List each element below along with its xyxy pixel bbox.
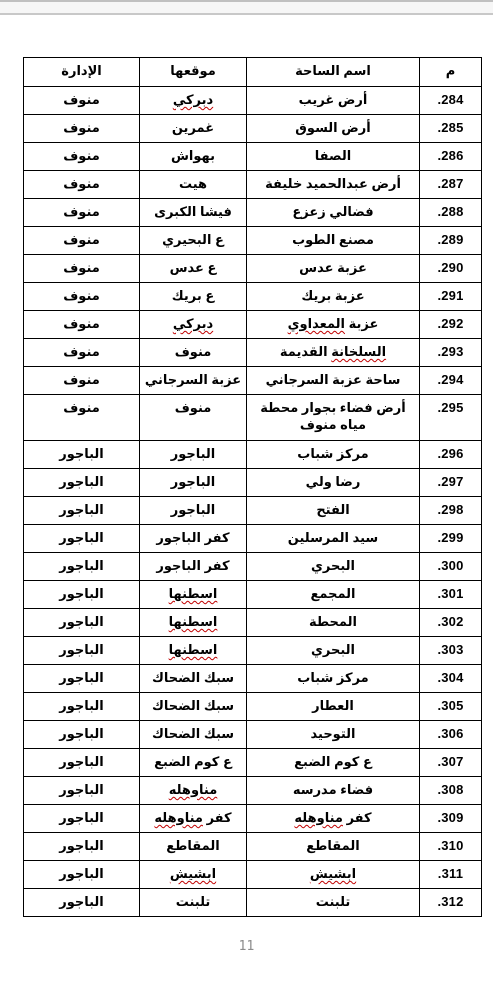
cell-admin: الباجور: [24, 581, 140, 609]
table-row: .301المجمعاسطنهاالباجور: [24, 581, 482, 609]
misspelled-word: اسطنها: [169, 642, 218, 657]
table-row: .286الصفابهواشمنوف: [24, 143, 482, 171]
cell-num: .292: [420, 311, 482, 339]
cell-num: .309: [420, 805, 482, 833]
cell-num: .293: [420, 339, 482, 367]
cell-location: اسطنها: [140, 581, 247, 609]
cell-location: هيت: [140, 171, 247, 199]
cell-name: التوحيد: [247, 721, 420, 749]
cell-location: ع عدس: [140, 255, 247, 283]
cell-num: .303: [420, 637, 482, 665]
cell-num: .298: [420, 497, 482, 525]
cell-admin: الباجور: [24, 777, 140, 805]
table-row: .304مركز شبابسبك الضحاكالباجور: [24, 665, 482, 693]
table-row: .311ابشيشابشيشالباجور: [24, 861, 482, 889]
misspelled-word: اسطنها: [169, 614, 218, 629]
table-row: .305العطارسبك الضحاكالباجور: [24, 693, 482, 721]
cell-location: كفر الباجور: [140, 525, 247, 553]
cell-name: عزبة المعداوي: [247, 311, 420, 339]
cell-num: .289: [420, 227, 482, 255]
cell-name: العطار: [247, 693, 420, 721]
cell-name: سيد المرسلين: [247, 525, 420, 553]
cell-name: أرض السوق: [247, 115, 420, 143]
header-location: موقعها: [140, 58, 247, 87]
table-row: .306التوحيدسبك الضحاكالباجور: [24, 721, 482, 749]
cell-location: منوف: [140, 339, 247, 367]
table-row: .298الفتحالباجورالباجور: [24, 497, 482, 525]
app-chrome-strip: [0, 0, 493, 15]
cell-num: .295: [420, 395, 482, 441]
cell-name: ابشيش: [247, 861, 420, 889]
cell-name: أرض فضاء بجوار محطة مياه منوف: [247, 395, 420, 441]
cell-name: عزبة عدس: [247, 255, 420, 283]
cell-location: كفر مناوهله: [140, 805, 247, 833]
misspelled-word: دبركي: [173, 316, 213, 331]
cell-admin: الباجور: [24, 637, 140, 665]
cell-name: رضا ولي: [247, 469, 420, 497]
cell-admin: الباجور: [24, 441, 140, 469]
cell-num: .305: [420, 693, 482, 721]
header-admin: الإدارة: [24, 58, 140, 87]
header-num: م: [420, 58, 482, 87]
squares-table: م اسم الساحة موقعها الإدارة .284أرض غريب…: [23, 57, 482, 917]
table-row: .288فضالي زعزعفيشا الكبرىمنوف: [24, 199, 482, 227]
table-row: .300البحريكفر الباجورالباجور: [24, 553, 482, 581]
cell-admin: منوف: [24, 255, 140, 283]
cell-admin: الباجور: [24, 497, 140, 525]
cell-admin: منوف: [24, 115, 140, 143]
table-row: .289مصنع الطوبع البحيريمنوف: [24, 227, 482, 255]
cell-num: .310: [420, 833, 482, 861]
cell-num: .311: [420, 861, 482, 889]
cell-num: .301: [420, 581, 482, 609]
cell-num: .286: [420, 143, 482, 171]
table-row: .296مركز شبابالباجورالباجور: [24, 441, 482, 469]
cell-name: مركز شباب: [247, 441, 420, 469]
cell-location: سبك الضحاك: [140, 721, 247, 749]
cell-location: ابشيش: [140, 861, 247, 889]
cell-admin: منوف: [24, 171, 140, 199]
table-row: .294ساحة عزبة السرجانيعزبة السرجانيمنوف: [24, 367, 482, 395]
cell-num: .284: [420, 87, 482, 115]
cell-name: المحطة: [247, 609, 420, 637]
cell-name: البحري: [247, 553, 420, 581]
cell-num: .308: [420, 777, 482, 805]
table-row: .307ع كوم الضبعع كوم الضبعالباجور: [24, 749, 482, 777]
cell-name: مركز شباب: [247, 665, 420, 693]
table-row: .297رضا وليالباجورالباجور: [24, 469, 482, 497]
cell-location: دبركي: [140, 311, 247, 339]
cell-location: المقاطع: [140, 833, 247, 861]
cell-admin: منوف: [24, 339, 140, 367]
table-row: .312تلبنتتلبنتالباجور: [24, 889, 482, 917]
cell-admin: منوف: [24, 199, 140, 227]
cell-num: .294: [420, 367, 482, 395]
table-row: .287أرض عبدالحميد خليفةهيتمنوف: [24, 171, 482, 199]
cell-num: .300: [420, 553, 482, 581]
cell-name: تلبنت: [247, 889, 420, 917]
cell-num: .290: [420, 255, 482, 283]
cell-num: .297: [420, 469, 482, 497]
cell-admin: منوف: [24, 311, 140, 339]
misspelled-word: دبركي: [173, 92, 213, 107]
cell-num: .288: [420, 199, 482, 227]
table-row: .291عزبة بريكع بريكمنوف: [24, 283, 482, 311]
cell-admin: الباجور: [24, 861, 140, 889]
misspelled-word: المعداوي: [288, 316, 345, 331]
table-row: .309كفر مناوهلهكفر مناوهلهالباجور: [24, 805, 482, 833]
cell-name: ع كوم الضبع: [247, 749, 420, 777]
cell-location: ع البحيري: [140, 227, 247, 255]
cell-admin: الباجور: [24, 609, 140, 637]
cell-location: كفر الباجور: [140, 553, 247, 581]
cell-name: مصنع الطوب: [247, 227, 420, 255]
cell-location: تلبنت: [140, 889, 247, 917]
cell-name: السلخانة القديمة: [247, 339, 420, 367]
cell-location: اسطنها: [140, 609, 247, 637]
cell-admin: الباجور: [24, 553, 140, 581]
misspelled-word: اسطنها: [169, 586, 218, 601]
cell-location: الباجور: [140, 469, 247, 497]
table-row: .285أرض السوقغمرينمنوف: [24, 115, 482, 143]
table-row: .295أرض فضاء بجوار محطة مياه منوفمنوفمنو…: [24, 395, 482, 441]
cell-admin: الباجور: [24, 665, 140, 693]
misspelled-word: مناوهله: [294, 810, 343, 825]
misspelled-word: ابشيش: [310, 866, 356, 881]
cell-location: ع بريك: [140, 283, 247, 311]
document-page: م اسم الساحة موقعها الإدارة .284أرض غريب…: [0, 15, 493, 954]
cell-num: .296: [420, 441, 482, 469]
cell-name: فضالي زعزع: [247, 199, 420, 227]
cell-location: مناوهله: [140, 777, 247, 805]
cell-num: .312: [420, 889, 482, 917]
table-row: .308فضاء مدرسهمناوهلهالباجور: [24, 777, 482, 805]
cell-admin: الباجور: [24, 805, 140, 833]
table-row: .292عزبة المعداويدبركيمنوف: [24, 311, 482, 339]
cell-location: فيشا الكبرى: [140, 199, 247, 227]
cell-name: المقاطع: [247, 833, 420, 861]
cell-location: الباجور: [140, 497, 247, 525]
cell-name: فضاء مدرسه: [247, 777, 420, 805]
cell-name: المجمع: [247, 581, 420, 609]
cell-name: أرض غريب: [247, 87, 420, 115]
table-row: .302المحطةاسطنهاالباجور: [24, 609, 482, 637]
cell-name: الصفا: [247, 143, 420, 171]
cell-admin: الباجور: [24, 889, 140, 917]
cell-name: ساحة عزبة السرجاني: [247, 367, 420, 395]
cell-location: منوف: [140, 395, 247, 441]
cell-num: .287: [420, 171, 482, 199]
table-row: .310المقاطعالمقاطعالباجور: [24, 833, 482, 861]
cell-num: .307: [420, 749, 482, 777]
cell-admin: منوف: [24, 143, 140, 171]
cell-num: .302: [420, 609, 482, 637]
cell-location: غمرين: [140, 115, 247, 143]
misspelled-word: مناوهله: [154, 810, 203, 825]
cell-num: .299: [420, 525, 482, 553]
cell-admin: الباجور: [24, 721, 140, 749]
table-row: .293السلخانة القديمةمنوفمنوف: [24, 339, 482, 367]
cell-admin: الباجور: [24, 469, 140, 497]
cell-name: عزبة بريك: [247, 283, 420, 311]
table-row: .290عزبة عدسع عدسمنوف: [24, 255, 482, 283]
cell-num: .306: [420, 721, 482, 749]
cell-location: ع كوم الضبع: [140, 749, 247, 777]
cell-admin: الباجور: [24, 833, 140, 861]
cell-name: كفر مناوهله: [247, 805, 420, 833]
misspelled-word: ابشيش: [170, 866, 216, 881]
cell-location: بهواش: [140, 143, 247, 171]
cell-location: سبك الضحاك: [140, 693, 247, 721]
cell-admin: منوف: [24, 367, 140, 395]
table-row: .284أرض غريبدبركيمنوف: [24, 87, 482, 115]
misspelled-word: السلخانة: [331, 344, 386, 359]
table-row: .303البحرياسطنهاالباجور: [24, 637, 482, 665]
table-body: .284أرض غريبدبركيمنوف.285أرض السوقغمرينم…: [24, 87, 482, 917]
cell-location: سبك الضحاك: [140, 665, 247, 693]
cell-name: الفتح: [247, 497, 420, 525]
cell-num: .285: [420, 115, 482, 143]
cell-admin: منوف: [24, 227, 140, 255]
header-row: م اسم الساحة موقعها الإدارة: [24, 58, 482, 87]
header-name: اسم الساحة: [247, 58, 420, 87]
misspelled-word: مناوهله: [169, 782, 218, 797]
cell-num: .291: [420, 283, 482, 311]
cell-admin: الباجور: [24, 749, 140, 777]
cell-location: اسطنها: [140, 637, 247, 665]
cell-location: دبركي: [140, 87, 247, 115]
cell-admin: الباجور: [24, 693, 140, 721]
cell-admin: منوف: [24, 395, 140, 441]
cell-name: أرض عبدالحميد خليفة: [247, 171, 420, 199]
cell-location: عزبة السرجاني: [140, 367, 247, 395]
cell-name: البحري: [247, 637, 420, 665]
cell-location: الباجور: [140, 441, 247, 469]
cell-admin: منوف: [24, 87, 140, 115]
table-row: .299سيد المرسلينكفر الباجورالباجور: [24, 525, 482, 553]
cell-num: .304: [420, 665, 482, 693]
cell-admin: الباجور: [24, 525, 140, 553]
page-number: 11: [0, 939, 493, 954]
cell-admin: منوف: [24, 283, 140, 311]
